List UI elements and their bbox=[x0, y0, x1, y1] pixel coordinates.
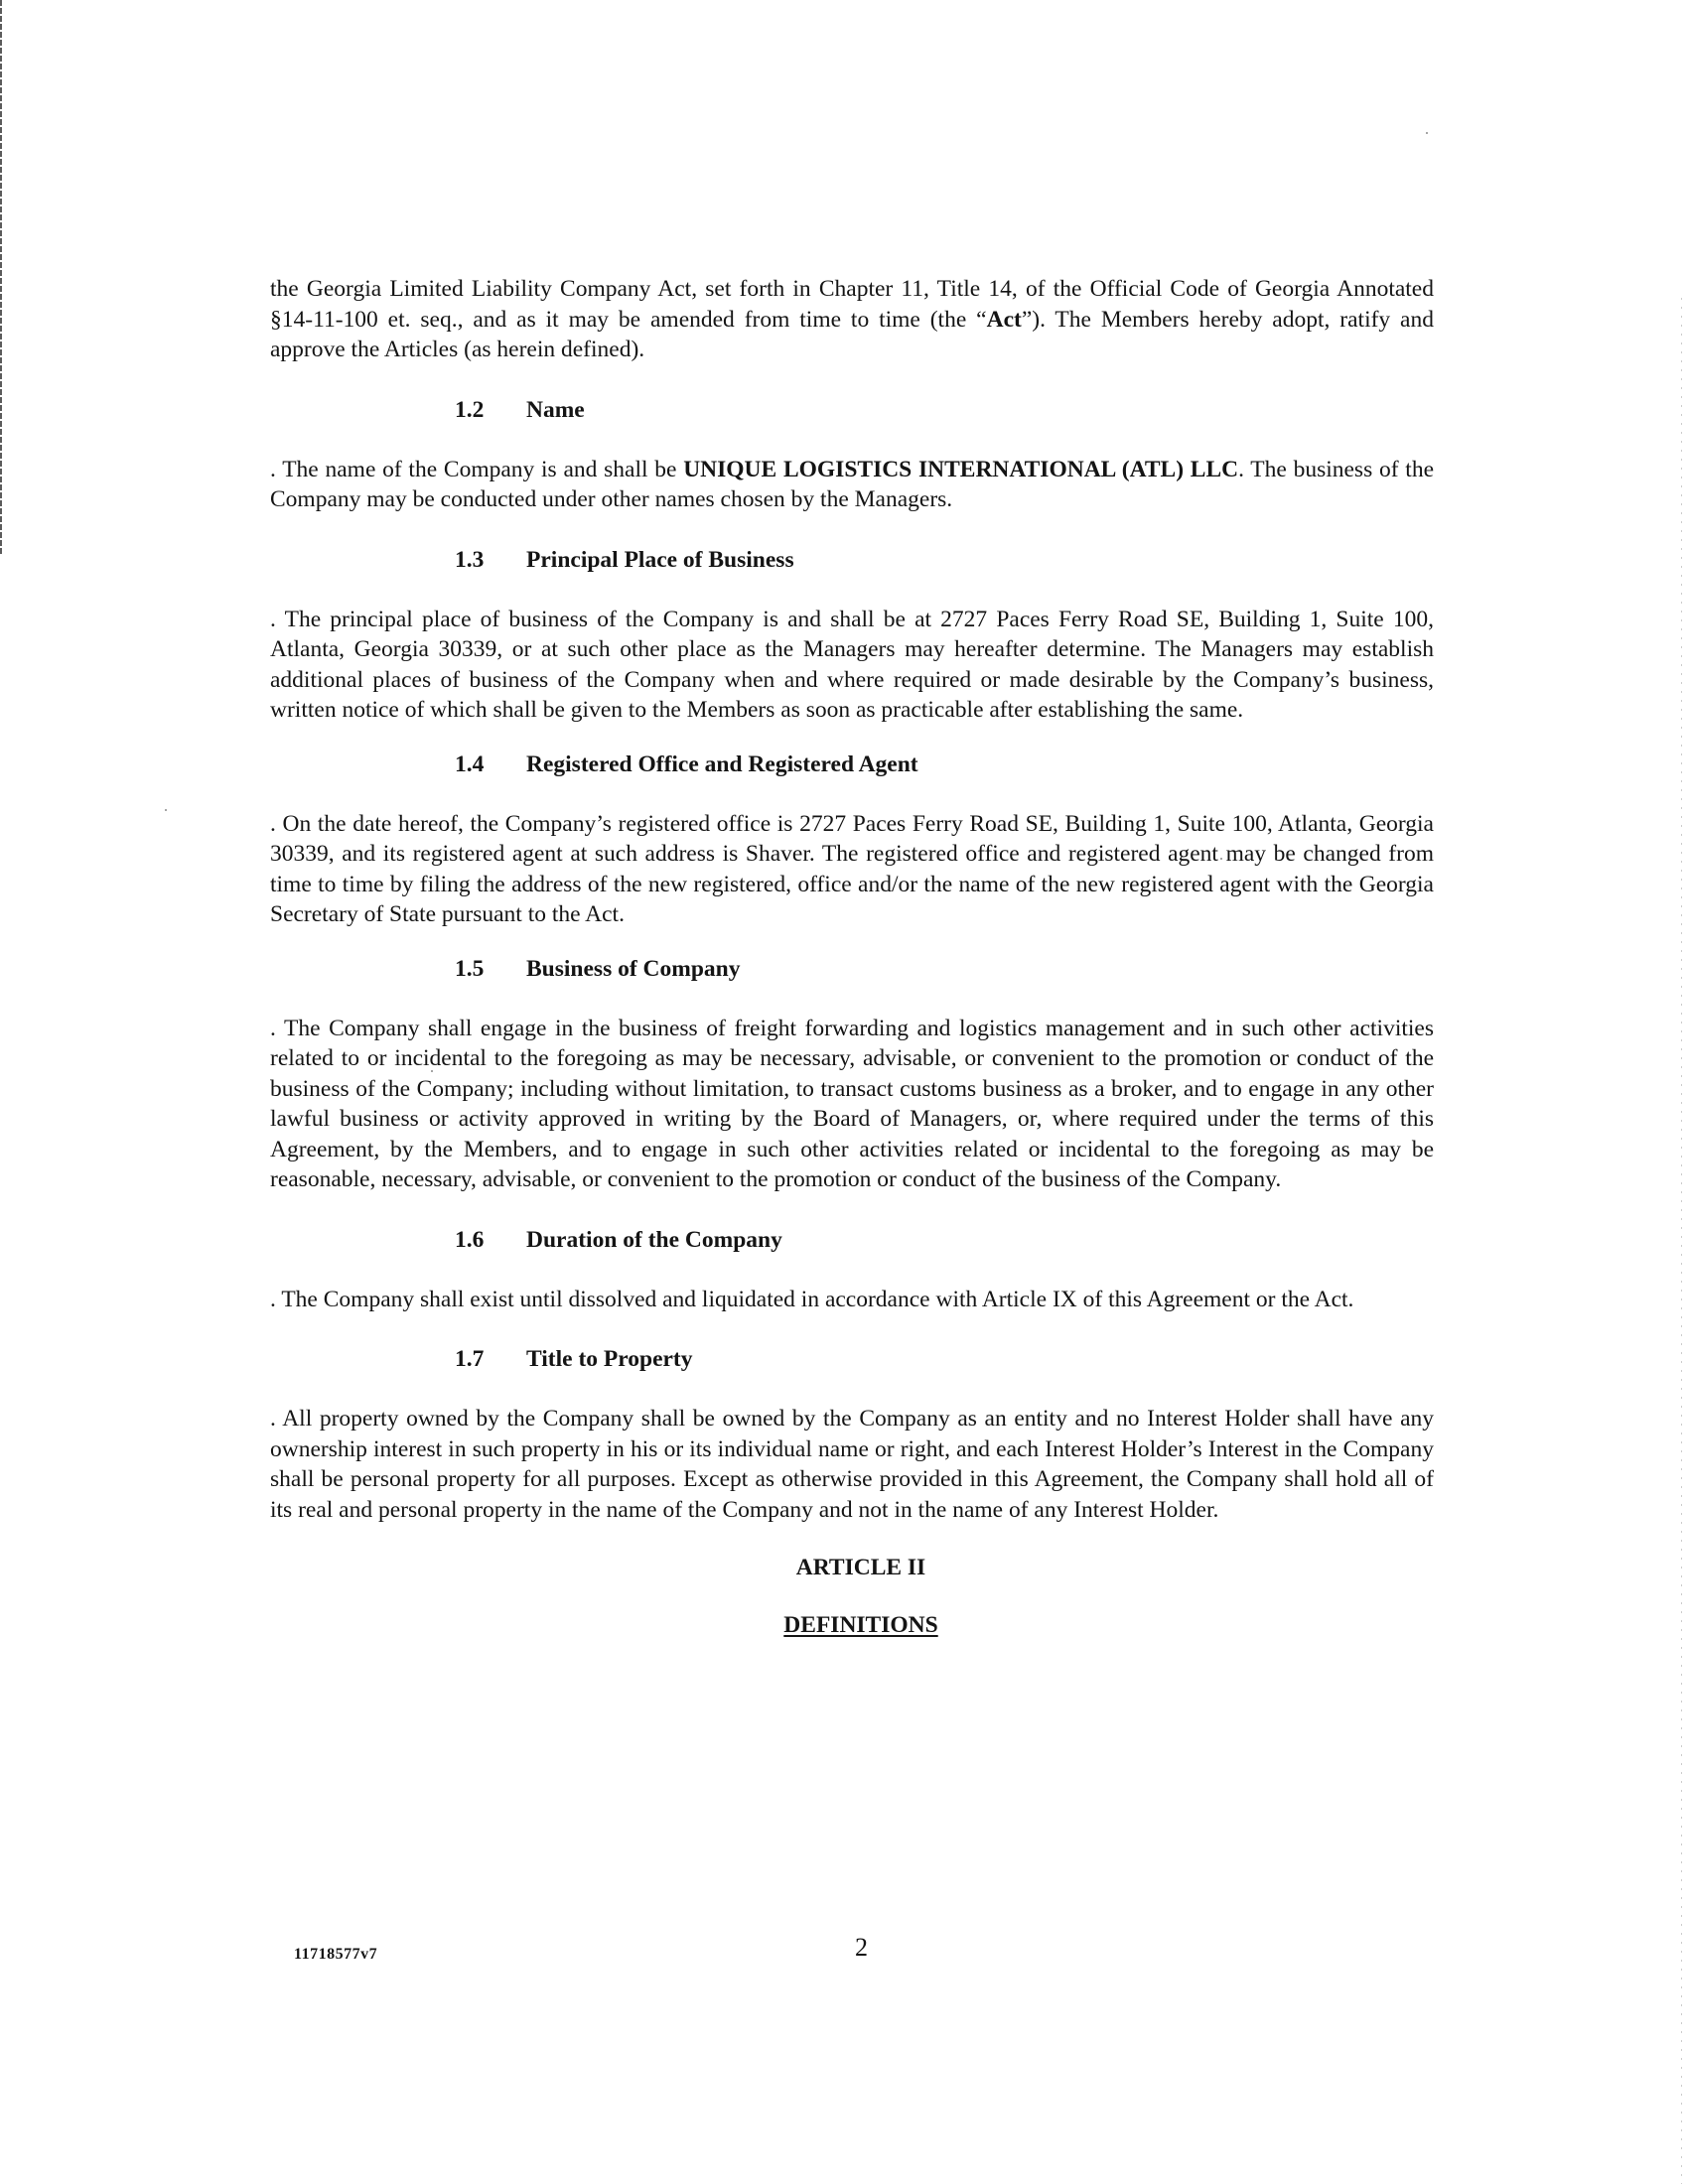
scan-edge-artifact-right bbox=[1681, 298, 1682, 2184]
defined-term-act: Act bbox=[987, 307, 1022, 333]
section-number: 1.4 bbox=[455, 750, 526, 779]
section-text: . The name of the Company is and shall b… bbox=[270, 457, 683, 482]
section-1-5-body: . The Company shall engage in the busine… bbox=[270, 1014, 1434, 1195]
scan-speck bbox=[165, 809, 167, 811]
section-1-4-body: . On the date hereof, the Company’s regi… bbox=[270, 809, 1434, 930]
section-number: 1.5 bbox=[455, 954, 526, 984]
section-number: 1.3 bbox=[455, 545, 526, 575]
company-name: UNIQUE LOGISTICS INTERNATIONAL (ATL) LLC bbox=[683, 457, 1238, 482]
section-1-7-body: . All property owned by the Company shal… bbox=[270, 1404, 1434, 1525]
section-heading-1-7: 1.7 Title to Property bbox=[270, 1344, 1434, 1374]
section-heading-1-6: 1.6 Duration of the Company bbox=[270, 1225, 1434, 1255]
article-label: ARTICLE II bbox=[270, 1553, 1434, 1582]
section-number: 1.2 bbox=[455, 395, 526, 425]
section-heading-1-3: 1.3 Principal Place of Business bbox=[270, 545, 1434, 575]
section-title: Name bbox=[526, 395, 585, 425]
section-heading-1-4: 1.4 Registered Office and Registered Age… bbox=[270, 750, 1434, 779]
footer-document-id: 11718577v7 bbox=[294, 1946, 377, 1964]
article-title: DEFINITIONS bbox=[270, 1610, 1434, 1640]
section-title: Principal Place of Business bbox=[526, 545, 794, 575]
scan-speck bbox=[1426, 132, 1428, 134]
intro-paragraph: the Georgia Limited Liability Company Ac… bbox=[270, 274, 1434, 365]
section-heading-1-2: 1.2 Name bbox=[270, 395, 1434, 425]
section-title: Duration of the Company bbox=[526, 1225, 782, 1255]
article-title-text: DEFINITIONS bbox=[783, 1612, 937, 1638]
section-title: Business of Company bbox=[526, 954, 740, 984]
section-1-6-body: . The Company shall exist until dissolve… bbox=[270, 1285, 1434, 1315]
document-page: the Georgia Limited Liability Company Ac… bbox=[270, 274, 1434, 1640]
scan-edge-artifact-left bbox=[0, 0, 2, 556]
section-1-2-body: . The name of the Company is and shall b… bbox=[270, 455, 1434, 515]
section-1-3-body: . The principal place of business of the… bbox=[270, 605, 1434, 726]
section-number: 1.7 bbox=[455, 1344, 526, 1374]
footer-page-number: 2 bbox=[855, 1933, 868, 1963]
section-heading-1-5: 1.5 Business of Company bbox=[270, 954, 1434, 984]
section-title: Registered Office and Registered Agent bbox=[526, 750, 918, 779]
section-number: 1.6 bbox=[455, 1225, 526, 1255]
section-title: Title to Property bbox=[526, 1344, 693, 1374]
